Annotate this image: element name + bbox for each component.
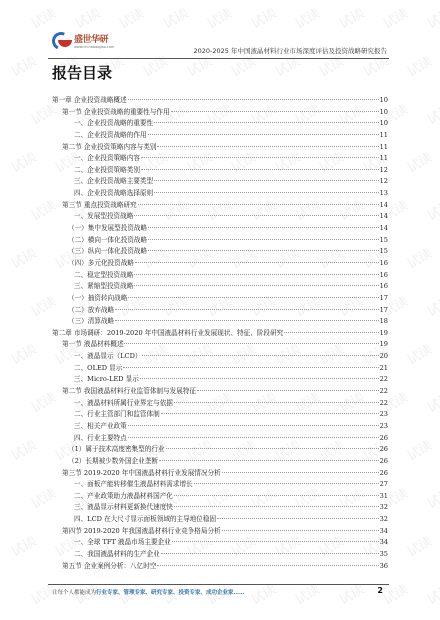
- toc-leader-dots: [174, 402, 379, 403]
- toc-subsection[interactable]: 一、面板产能转移催生液晶材料需求增长27: [52, 479, 388, 491]
- toc-leader-dots: [128, 99, 379, 100]
- watermark-text: 试读: [423, 195, 440, 224]
- toc-label: （2）长期被少数外国企业垄断: [68, 456, 158, 468]
- toc-label: 一、企业投资战略的重要性: [74, 118, 153, 130]
- toc-leader-dots: [115, 320, 378, 321]
- toc-leader-dots: [142, 355, 378, 356]
- toc-subsection[interactable]: 二、稳定型投资战略16: [52, 270, 388, 282]
- logo-name: 盛世华研: [74, 32, 108, 45]
- toc-subsection[interactable]: 三、企业投资战略主要类型12: [52, 176, 388, 188]
- toc-page-number: 19: [380, 339, 388, 351]
- toc-label: （1）属于技术高度密集型的行业: [68, 444, 165, 456]
- toc-subsection[interactable]: 一、液晶材料所属行业界定与依据22: [52, 398, 388, 410]
- toc-leader-dots: [166, 448, 379, 449]
- watermark-text: 试读: [403, 147, 435, 176]
- toc-subsection[interactable]: （1）属于技术高度密集型的行业26: [52, 444, 388, 456]
- toc-page-number: 34: [380, 526, 388, 538]
- toc-label: （一）集中发展型投资战略: [68, 223, 147, 235]
- toc-page-number: 12: [380, 165, 388, 177]
- toc-subsection[interactable]: （四）多元化投资战略16: [52, 258, 388, 270]
- toc-leader-dots: [124, 343, 378, 344]
- toc-label: 第四节 2019-2020 年我国液晶材料行业竞争格局分析: [62, 526, 221, 538]
- watermark-text: 试读: [403, 435, 435, 464]
- watermark-text: 试读: [403, 339, 435, 368]
- toc-page-number: 36: [380, 561, 388, 573]
- watermark-text: 试读: [423, 3, 440, 32]
- toc-label: 三、液晶显示材料更新换代速度快: [74, 502, 173, 514]
- watermark-text: 试读: [423, 387, 440, 416]
- toc-leader-dots: [154, 180, 378, 181]
- toc-label: （四）多元化投资战略: [68, 258, 134, 270]
- toc-subsection[interactable]: 一、企业投资战略的重要性10: [52, 118, 388, 130]
- toc-subsection[interactable]: （三）纵向一体化投资战略15: [52, 246, 388, 258]
- toc-label: 二、产业政策助力液晶材料国产化: [74, 491, 173, 503]
- toc-label: （三）纵向一体化投资战略: [68, 246, 147, 258]
- toc-leader-dots: [157, 565, 378, 566]
- toc-page-number: 11: [380, 130, 388, 142]
- toc-page-number: 32: [380, 502, 388, 514]
- toc-leader-dots: [222, 530, 379, 531]
- toc-subsection[interactable]: （一）集中发展型投资战略14: [52, 223, 388, 235]
- toc-page-number: 22: [380, 398, 388, 410]
- toc-label: 三、企业投资战略主要类型: [74, 176, 153, 188]
- toc-section[interactable]: 第五节 企业案例分析：八亿时空36: [52, 561, 388, 573]
- toc-subsection[interactable]: 三、Micro-LED 显示22: [52, 374, 388, 386]
- toc-subsection[interactable]: 一、全球 TFT 液晶市场主要企业34: [52, 537, 388, 549]
- toc-subsection[interactable]: 一、发展型投资战略14: [52, 211, 388, 223]
- watermark-text: 试读: [7, 51, 39, 80]
- toc-page-number: 26: [380, 433, 388, 445]
- toc-page-number: 14: [380, 223, 388, 235]
- toc-leader-dots: [157, 146, 378, 147]
- toc-leader-dots: [141, 157, 379, 158]
- toc-label: 一、发展型投资战略: [74, 211, 133, 223]
- toc-page-number: 23: [380, 409, 388, 421]
- toc-page-number: 14: [380, 211, 388, 223]
- toc-section[interactable]: 第三节 2019-2020 年中国液晶材料行业发展情况分析26: [52, 468, 388, 480]
- toc-leader-dots: [134, 285, 378, 286]
- toc-page-number: 23: [380, 421, 388, 433]
- toc-page-number: 26: [380, 468, 388, 480]
- toc-leader-dots: [174, 495, 379, 496]
- toc-label: 第五节 企业案例分析：八亿时空: [62, 561, 156, 573]
- toc-section[interactable]: 第二节 我国液晶材料行业监管体制与发展特征22: [52, 386, 388, 398]
- toc-page-number: 31: [380, 491, 388, 503]
- toc-leader-dots: [128, 437, 379, 438]
- toc-leader-dots: [217, 518, 379, 519]
- toc-label: 第一节 液晶材料概述: [62, 339, 123, 351]
- toc-subsection[interactable]: 二、企业投资战略的作用11: [52, 130, 388, 142]
- toc-leader-dots: [161, 553, 379, 554]
- toc-page-number: 14: [380, 200, 388, 212]
- watermark-text: 试读: [7, 531, 39, 560]
- toc-label: 四、企业投资战略选择原则: [74, 188, 153, 200]
- toc-leader-dots: [197, 390, 379, 391]
- toc-page-number: 17: [380, 305, 388, 317]
- toc-page-number: 21: [380, 363, 388, 375]
- toc-leader-dots: [138, 204, 379, 205]
- toc-page-number: 10: [380, 118, 388, 130]
- toc-subsection[interactable]: 三、相关产业政策23: [52, 421, 388, 433]
- toc-leader-dots: [115, 309, 378, 310]
- toc-subsection[interactable]: 二、行业主管部门和监管体制23: [52, 409, 388, 421]
- toc-subsection[interactable]: 一、企业投资策略内容11: [52, 153, 388, 165]
- toc-page-number: 22: [380, 386, 388, 398]
- toc-subsection[interactable]: 二、OLED 显示21: [52, 363, 388, 375]
- toc-leader-dots: [159, 460, 379, 461]
- toc-leader-dots: [284, 332, 378, 333]
- toc-leader-dots: [174, 506, 379, 507]
- toc-leader-dots: [148, 239, 378, 240]
- watermark-text: 试读: [7, 435, 39, 464]
- toc-leader-dots: [141, 169, 379, 170]
- toc-page-number: 10: [380, 95, 388, 107]
- toc-page-number: 11: [380, 153, 388, 165]
- toc-leader-dots: [134, 215, 378, 216]
- toc-label: （一）抽资转向战略: [68, 293, 127, 305]
- toc-label: （二）横向一体化投资战略: [68, 235, 147, 247]
- toc-section[interactable]: 第二节 企业投资策略内容与类别11: [52, 142, 388, 154]
- logo-url: www.chinabaogao.com: [74, 45, 114, 49]
- toc-label: 二、企业投资策略类别: [74, 165, 140, 177]
- toc-subsection[interactable]: （一）抽资转向战略17: [52, 293, 388, 305]
- toc-leader-dots: [148, 134, 379, 135]
- toc-label: 三、相关产业政策: [74, 421, 127, 433]
- toc-leader-dots: [128, 425, 379, 426]
- watermark-text: 试读: [7, 243, 39, 272]
- toc-label: （三）清算战略: [68, 316, 114, 328]
- toc-page-number: 18: [380, 316, 388, 328]
- toc-leader-dots: [123, 367, 378, 368]
- toc-leader-dots: [154, 192, 378, 193]
- toc-page-number: 32: [380, 514, 388, 526]
- report-title: 2020-2025 年中国液晶材料行业市场深度评估及投资战略研究报告: [194, 46, 388, 55]
- toc-leader-dots: [134, 274, 378, 275]
- toc-page-number: 13: [380, 188, 388, 200]
- toc-leader-dots: [135, 262, 379, 263]
- watermark-text: 试读: [7, 339, 39, 368]
- toc-leader-dots: [171, 111, 379, 112]
- toc-page-number: 16: [380, 281, 388, 293]
- toc-label: 第三节 2019-2020 年中国液晶材料行业发展情况分析: [62, 468, 221, 480]
- toc-section[interactable]: 第三节 重点投资战略研究14: [52, 200, 388, 212]
- toc-page-number: 17: [380, 293, 388, 305]
- watermark-text: 试读: [423, 99, 440, 128]
- table-of-contents: 第一章 企业投资战略概述10第一节 企业投资战略的重要性与作用10一、企业投资战…: [52, 95, 388, 572]
- watermark-text: 试读: [403, 51, 435, 80]
- toc-label: 第二节 企业投资策略内容与类别: [62, 142, 156, 154]
- toc-subsection[interactable]: 四、LCD 在大尺寸显示面板领域的主导地位稳固32: [52, 514, 388, 526]
- toc-page-number: 10: [380, 107, 388, 119]
- toc-page-number: 35: [380, 549, 388, 561]
- page-title: 报告目录: [52, 62, 112, 83]
- toc-section[interactable]: 第四节 2019-2020 年我国液晶材料行业竞争格局分析34: [52, 526, 388, 538]
- toc-leader-dots: [172, 541, 379, 542]
- slogan-prefix: 让每个人都能成为: [52, 590, 96, 596]
- watermark-text: 试读: [423, 483, 440, 512]
- toc-label: 二、我国液晶材料的生产企业: [74, 549, 160, 561]
- toc-page-number: 11: [380, 142, 388, 154]
- toc-label: 一、液晶显示（LCD）: [74, 351, 141, 363]
- toc-subsection[interactable]: 二、产业政策助力液晶材料国产化31: [52, 491, 388, 503]
- toc-label: 第二节 我国液晶材料行业监管体制与发展特征: [62, 386, 196, 398]
- toc-subsection[interactable]: 三、液晶显示材料更新换代速度快32: [52, 502, 388, 514]
- toc-page-number: 27: [380, 479, 388, 491]
- toc-leader-dots: [222, 472, 379, 473]
- toc-subsection[interactable]: （二）横向一体化投资战略15: [52, 235, 388, 247]
- toc-page-number: 15: [380, 246, 388, 258]
- toc-leader-dots: [161, 413, 379, 414]
- toc-page-number: 16: [380, 258, 388, 270]
- toc-subsection[interactable]: 四、行业主要特点26: [52, 433, 388, 445]
- toc-section[interactable]: 第一节 企业投资战略的重要性与作用10: [52, 107, 388, 119]
- toc-subsection[interactable]: （二）放弃战略17: [52, 305, 388, 317]
- toc-label: 三、紧缩型投资战略: [74, 281, 133, 293]
- toc-page-number: 12: [380, 176, 388, 188]
- toc-leader-dots: [140, 378, 379, 379]
- page-footer: 让每个人都能成为行业专家、管理专家、研究专家、投资专家、成功企业家…… 2: [48, 584, 389, 599]
- toc-subsection[interactable]: 二、我国液晶材料的生产企业35: [52, 549, 388, 561]
- toc-subsection[interactable]: （2）长期被少数外国企业垄断26: [52, 456, 388, 468]
- toc-label: 四、行业主要特点: [74, 433, 127, 445]
- toc-subsection[interactable]: 二、企业投资策略类别12: [52, 165, 388, 177]
- toc-page-number: 20: [380, 351, 388, 363]
- toc-label: 二、行业主管部门和监管体制: [74, 409, 160, 421]
- watermark-text: 试读: [403, 243, 435, 272]
- toc-leader-dots: [128, 297, 378, 298]
- toc-page-number: 19: [380, 328, 388, 340]
- toc-label: 第一节 企业投资战略的重要性与作用: [62, 107, 170, 119]
- toc-label: 四、LCD 在大尺寸显示面板领域的主导地位稳固: [74, 514, 216, 526]
- watermark-text: 试读: [403, 531, 435, 560]
- toc-label: 第二章 市场调研：2019-2020 年中国液晶材料行业发展现状、特征、阶段研究: [52, 328, 283, 340]
- toc-subsection[interactable]: 一、液晶显示（LCD）20: [52, 351, 388, 363]
- toc-page-number: 26: [380, 456, 388, 468]
- watermark-text: 试读: [423, 579, 440, 608]
- toc-leader-dots: [154, 122, 378, 123]
- toc-subsection[interactable]: 四、企业投资战略选择原则13: [52, 188, 388, 200]
- toc-subsection[interactable]: 三、紧缩型投资战略16: [52, 281, 388, 293]
- toc-leader-dots: [194, 483, 379, 484]
- toc-leader-dots: [148, 250, 378, 251]
- toc-label: 一、全球 TFT 液晶市场主要企业: [74, 537, 171, 549]
- toc-section[interactable]: 第一节 液晶材料概述19: [52, 339, 388, 351]
- company-logo: 盛世华研 www.chinabaogao.com: [52, 30, 116, 54]
- footer-slogan: 让每个人都能成为行业专家、管理专家、研究专家、投资专家、成功企业家……: [52, 588, 245, 596]
- toc-leader-dots: [148, 227, 378, 228]
- toc-label: 三、Micro-LED 显示: [74, 374, 139, 386]
- toc-label: 一、液晶材料所属行业界定与依据: [74, 398, 173, 410]
- toc-chapter[interactable]: 第二章 市场调研：2019-2020 年中国液晶材料行业发展现状、特征、阶段研究…: [52, 328, 388, 340]
- toc-page-number: 34: [380, 537, 388, 549]
- toc-page-number: 26: [380, 444, 388, 456]
- toc-label: 二、企业投资战略的作用: [74, 130, 147, 142]
- watermark-text: 试读: [423, 291, 440, 320]
- page-header: 盛世华研 www.chinabaogao.com 2020-2025 年中国液晶…: [48, 28, 389, 59]
- toc-label: 二、OLED 显示: [74, 363, 122, 375]
- toc-label: 一、企业投资策略内容: [74, 153, 140, 165]
- toc-label: 二、稳定型投资战略: [74, 270, 133, 282]
- slogan-highlight: 行业专家、管理专家、研究专家、投资专家、成功企业家……: [96, 590, 245, 596]
- toc-label: 一、面板产能转移催生液晶材料需求增长: [74, 479, 193, 491]
- page-number: 2: [377, 586, 383, 595]
- watermark-text: 试读: [7, 147, 39, 176]
- toc-page-number: 22: [380, 374, 388, 386]
- toc-page-number: 16: [380, 270, 388, 282]
- toc-page-number: 15: [380, 235, 388, 247]
- toc-label: （二）放弃战略: [68, 305, 114, 317]
- toc-subsection[interactable]: （三）清算战略18: [52, 316, 388, 328]
- toc-chapter[interactable]: 第一章 企业投资战略概述10: [52, 95, 388, 107]
- toc-label: 第三节 重点投资战略研究: [62, 200, 137, 212]
- toc-label: 第一章 企业投资战略概述: [52, 95, 127, 107]
